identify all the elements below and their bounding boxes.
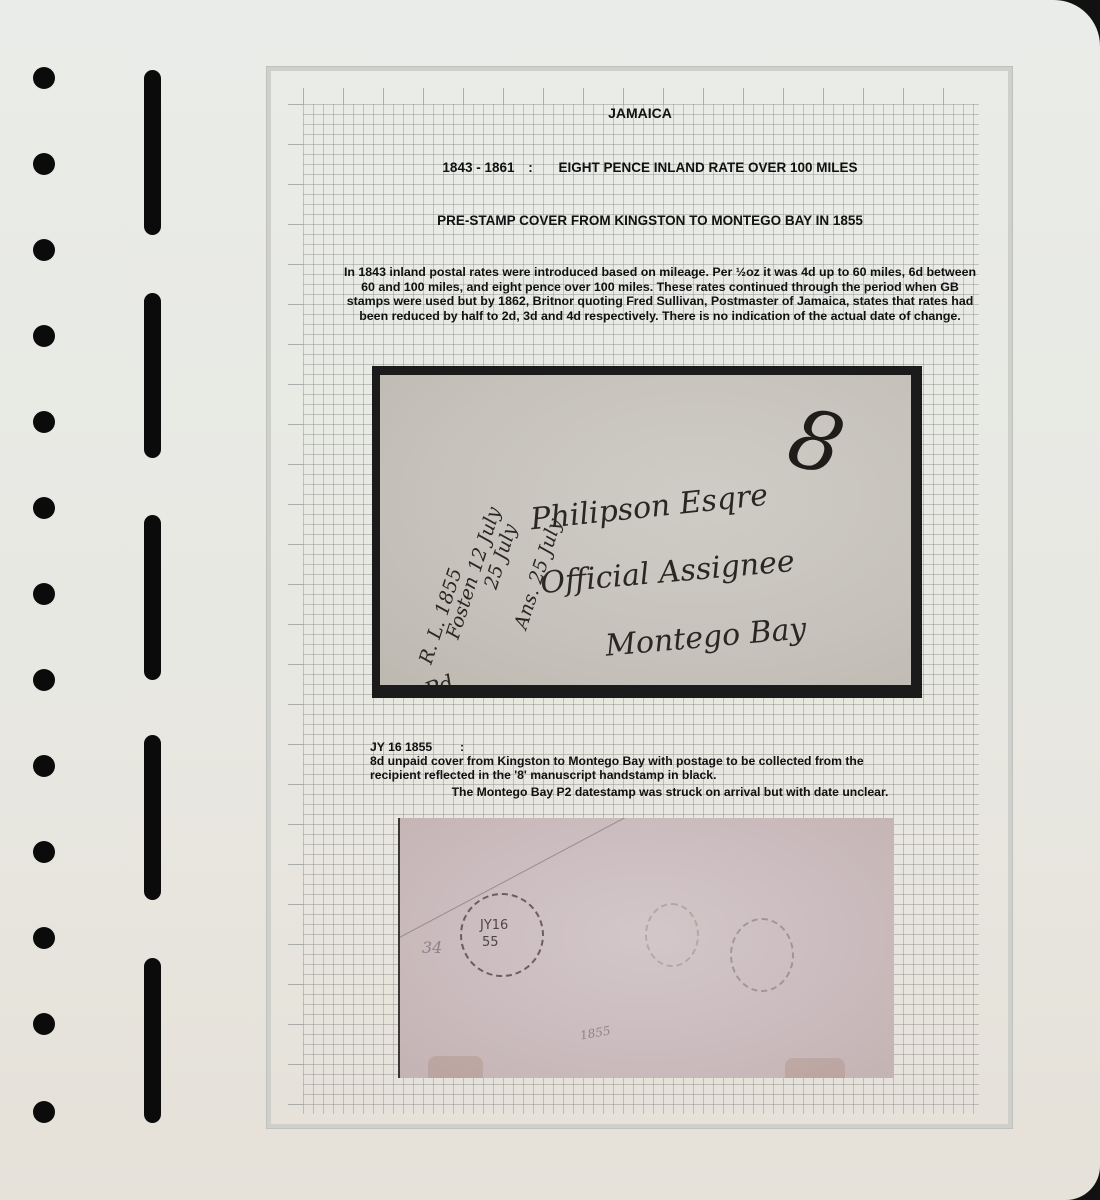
address-line: Philipson Esqre <box>529 478 770 538</box>
binder-slot <box>144 70 161 235</box>
binder-hole <box>33 325 55 347</box>
caption-separator: : <box>460 740 480 754</box>
cover-caption: JY 16 1855:8d unpaid cover from Kingston… <box>370 740 970 782</box>
binder-hole <box>33 669 55 691</box>
wax-seal-remnant <box>645 903 699 967</box>
intro-line: stamps were used but by 1862, Britnor qu… <box>320 294 1000 309</box>
caption-text: 8d unpaid cover from Kingston to Montego… <box>370 754 870 782</box>
grid-ticks-top <box>303 88 979 104</box>
binder-slot <box>144 735 161 900</box>
address-line: Montego Bay <box>604 611 808 663</box>
binder-hole <box>33 927 55 949</box>
binder-hole <box>33 841 55 863</box>
intro-line: 60 and 100 miles, and eight pence over 1… <box>320 280 1000 295</box>
pencil-note: 34 <box>422 938 442 957</box>
address-line: Official Assignee <box>539 544 796 601</box>
section-heading: PRE-STAMP COVER FROM KINGSTON TO MONTEGO… <box>380 213 920 228</box>
binder-hole <box>33 239 55 261</box>
cover-front: 8 Philipson Esqre Official Assignee Mont… <box>380 375 911 685</box>
kingston-backstamp <box>730 918 794 992</box>
grid-ticks-left <box>288 104 303 1114</box>
hinge-stain <box>428 1056 483 1078</box>
binder-hole <box>33 583 55 605</box>
datestamp-date: JY16 <box>480 918 508 933</box>
binder-hole <box>33 153 55 175</box>
period-dates: 1843 - 1861 <box>442 160 514 175</box>
period-heading: 1843 - 1861 : EIGHT PENCE INLAND RATE OV… <box>400 160 900 175</box>
rate-mark-8: 8 <box>779 390 853 495</box>
binder-hole <box>33 1013 55 1035</box>
cover-back: JY16 55 34 1855 <box>398 818 894 1078</box>
binder-hole <box>33 497 55 519</box>
datestamp-note: The Montego Bay P2 datestamp was struck … <box>380 785 960 800</box>
album-page: JAMAICA 1843 - 1861 : EIGHT PENCE INLAND… <box>0 0 1100 1200</box>
period-separator: : <box>528 160 533 175</box>
binder-slot <box>144 515 161 680</box>
binder-hole <box>33 1101 55 1123</box>
intro-line: In 1843 inland postal rates were introdu… <box>320 265 1000 280</box>
binder-slot <box>144 958 161 1123</box>
intro-paragraph: In 1843 inland postal rates were introdu… <box>320 265 1000 323</box>
hinge-stain <box>785 1058 845 1078</box>
intro-line: been reduced by half to 2d, 3d and 4d re… <box>320 309 1000 324</box>
datestamp-year: 55 <box>482 935 499 950</box>
cover-front-mount: 8 Philipson Esqre Official Assignee Mont… <box>372 366 922 698</box>
binder-hole <box>33 67 55 89</box>
binder-hole <box>33 755 55 777</box>
binder-slot <box>144 293 161 458</box>
period-description: EIGHT PENCE INLAND RATE OVER 100 MILES <box>559 160 858 175</box>
montego-bay-datestamp <box>460 893 544 977</box>
caption-date: JY 16 1855 <box>370 740 460 754</box>
binder-hole <box>33 411 55 433</box>
pencil-note: 1855 <box>579 1023 612 1042</box>
docket-line: Pd <box>422 671 458 685</box>
page-title: JAMAICA <box>540 106 740 121</box>
